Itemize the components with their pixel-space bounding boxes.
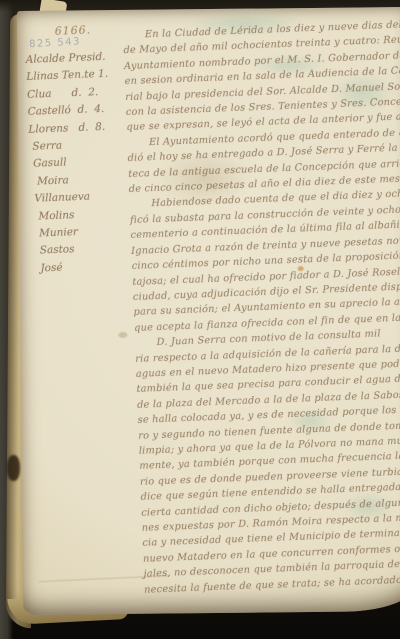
margin-attendee-list: Alcalde Presid.Llinas Ten.te 1.Clua d. 2… [25,48,138,278]
manuscript-photo: 6166. 825 543 Alcalde Presid.Llinas Ten.… [0,0,400,639]
archive-stamp-number: 825 543 [29,36,81,50]
minutes-body-text: En la Ciudad de Lérida a los diez y nuev… [123,17,400,598]
page-content: 6166. 825 543 Alcalde Presid.Llinas Ten.… [16,0,400,616]
page-edge-blemish [7,455,20,481]
attendee-name: José [33,257,138,278]
manuscript-page: 6166. 825 543 Alcalde Presid.Llinas Ten.… [17,7,400,615]
folio-number: 6166. [54,23,91,37]
